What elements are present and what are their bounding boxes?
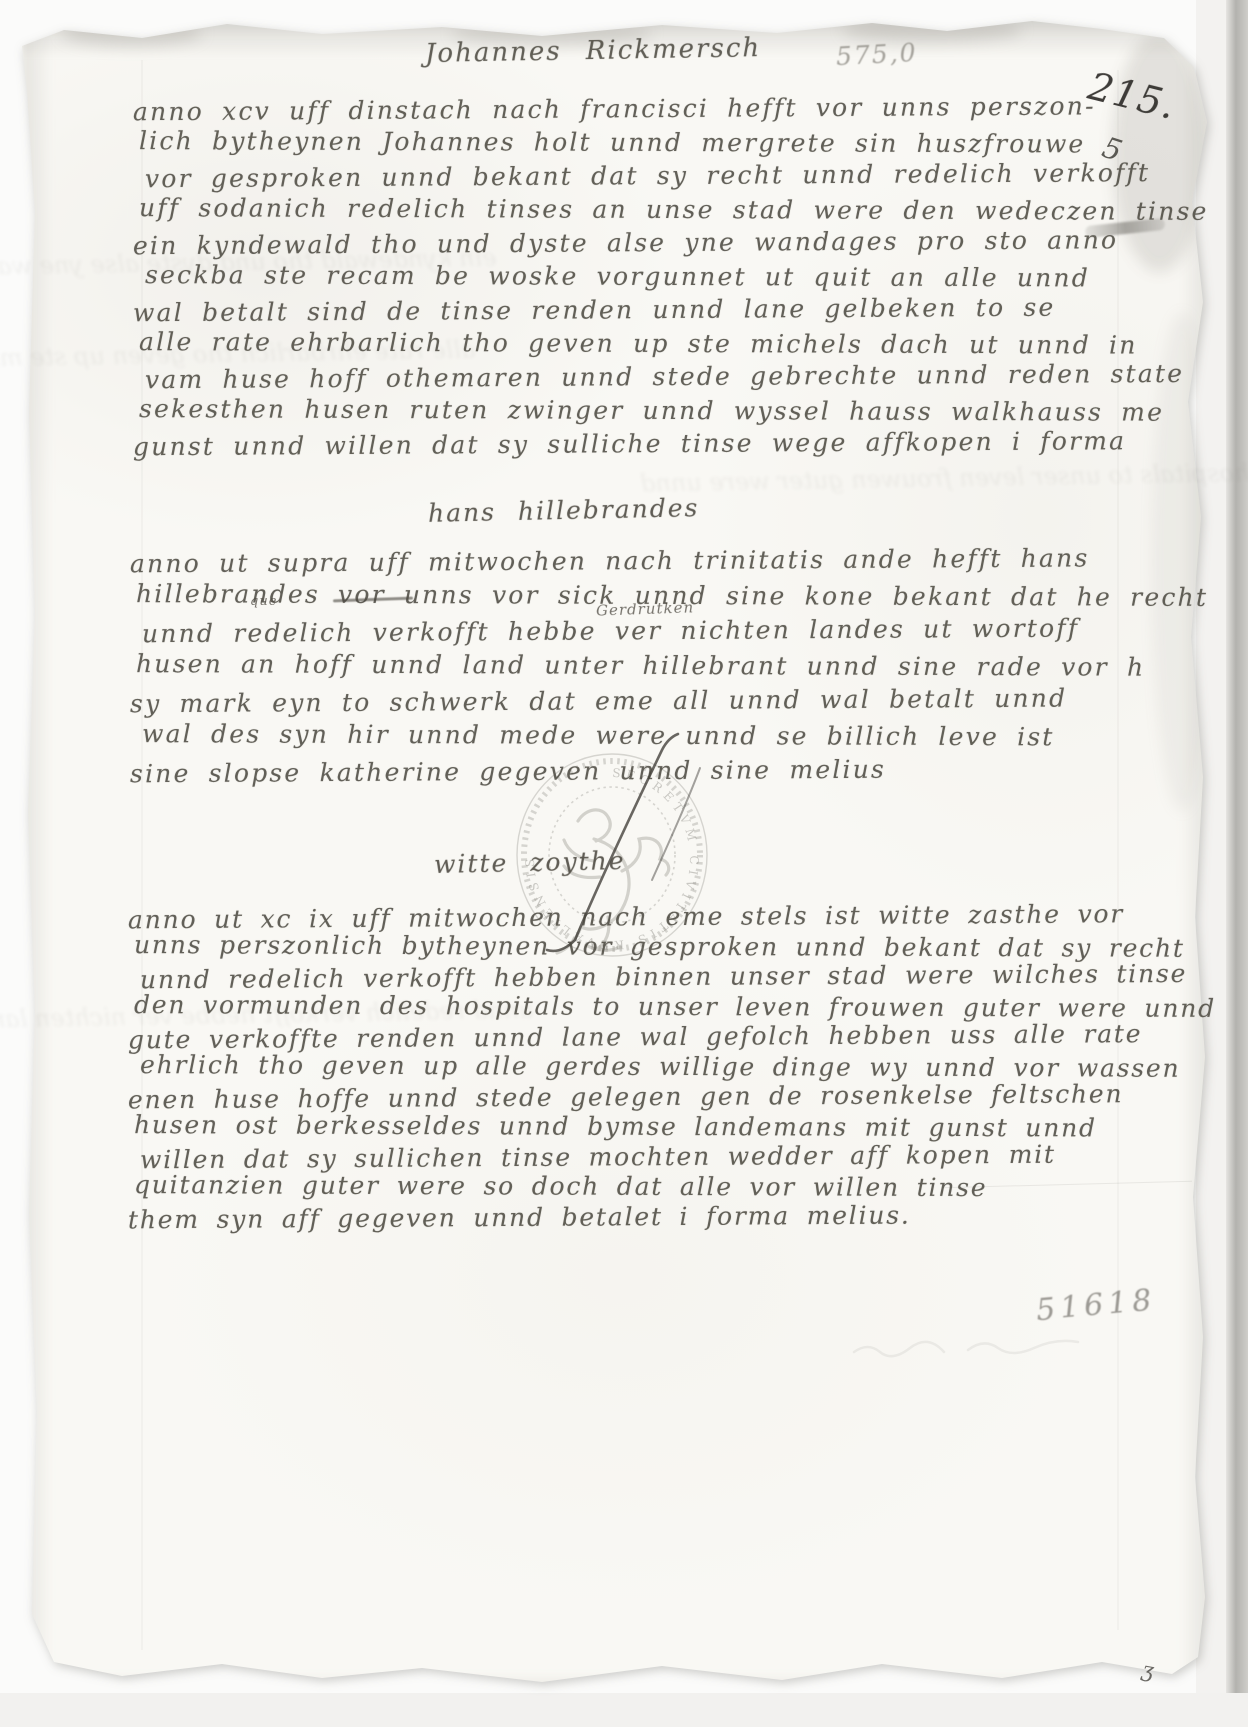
interlinear-insertion: Gerdrutken	[596, 598, 695, 619]
handwritten-line: wal des syn hir unnd mede were unnd se b…	[142, 716, 1208, 755]
handwritten-line: lich bytheynen Johannes holt unnd mergre…	[139, 124, 1209, 161]
handwritten-line: sekesthen husen ruten zwinger unnd wysse…	[139, 392, 1209, 429]
handwritten-line: wal betalt sind de tinse renden unnd lan…	[133, 290, 1209, 330]
handwritten-line: uff sodanich redelich tinses an unse sta…	[139, 191, 1209, 228]
section-heading-zoythe: witte zoythe	[434, 846, 626, 879]
superscript-abbreviation: que	[250, 594, 277, 609]
handwritten-line: gunst unnd willen dat sy sulliche tinse …	[133, 424, 1209, 464]
verso-showthrough: den vormunden des hospitals to unser lev…	[640, 455, 1248, 498]
handwritten-line: sy mark eyn to schwerk dat eme all unnd …	[130, 680, 1208, 722]
paragraph-1: anno xcv uff dinstach nach francisci hef…	[133, 92, 1209, 461]
page-content: ein kyndewald tho und dyste alse yne wan…	[0, 0, 1248, 1727]
handwritten-line: vam huse hoff othemaren unnd stede gebre…	[145, 357, 1209, 397]
handwritten-line: seckba ste recam be woske vorgunnet ut q…	[145, 258, 1209, 295]
corner-pen-mark: ʒ	[1140, 1657, 1156, 1683]
paragraph-3: anno ut xc ix uff mitwochen nach eme ste…	[128, 902, 1216, 1232]
handwritten-line: vor gesproken unnd bekant dat sy recht u…	[145, 156, 1209, 196]
handwritten-line: anno xcv uff dinstach nach francisci hef…	[133, 89, 1209, 129]
section-heading-hillebrandes: hans hillebrandes	[428, 493, 700, 528]
pencil-folio-number: 575,0	[835, 38, 918, 71]
entry-title: Johannes Rickmersch	[425, 33, 762, 69]
handwritten-line: ein kyndewald tho und dyste alse yne wan…	[133, 223, 1209, 263]
handwritten-line: sine slopse katherine gegeven unnd sine …	[130, 750, 1208, 792]
bottom-pencil-number: 51618	[1035, 1283, 1158, 1328]
handwritten-line: anno ut supra uff mitwochen nach trinita…	[130, 540, 1208, 582]
handwritten-line: them syn aff gegeven unnd betalet i form…	[128, 1199, 1216, 1236]
handwritten-line: husen an hoff unnd land unter hillebrant…	[136, 646, 1208, 685]
manuscript-scan: ein kyndewald tho und dyste alse yne wan…	[0, 0, 1248, 1727]
handwritten-line: alle rate ehrbarlich tho geven up ste mi…	[139, 325, 1209, 362]
faint-pencil-note	[848, 1326, 1118, 1372]
paragraph-2: anno ut supra uff mitwochen nach trinita…	[130, 543, 1208, 788]
